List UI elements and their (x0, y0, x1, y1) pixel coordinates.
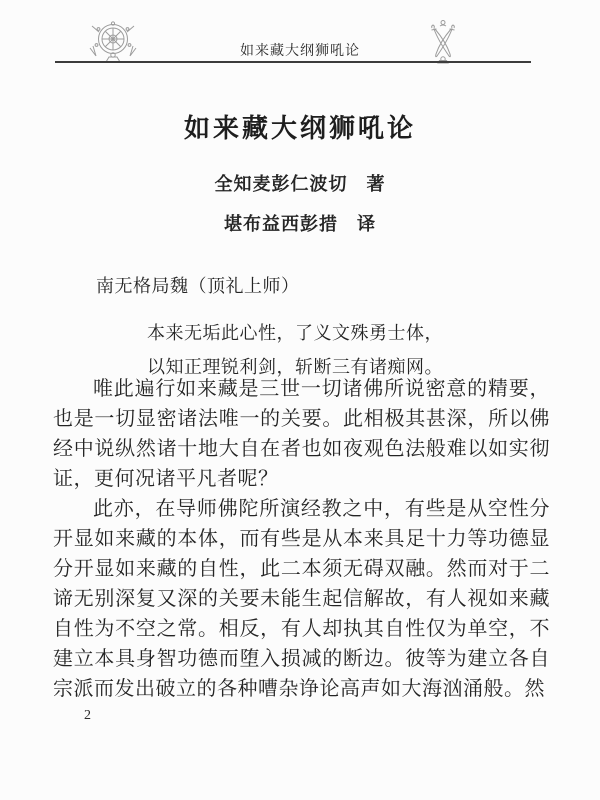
header-rule (55, 61, 531, 63)
page-title: 如来藏大纲狮吼论 (0, 108, 600, 145)
body-paragraph-1: 唯此遍行如来藏是三世一切诸佛所说密意的精要，也是一切显密诸法唯一的关要。此相极其… (53, 374, 550, 494)
body-text: 唯此遍行如来藏是三世一切诸佛所说密意的精要，也是一切显密诸法唯一的关要。此相极其… (53, 374, 550, 704)
body-paragraph-2: 此亦，在导师佛陀所演经教之中，有些是从空性分开显如来藏的本体，而有些是从本来具足… (53, 494, 550, 704)
homage-line: 南无格局魏（顶礼上师） (96, 272, 300, 298)
document-page: 如来藏大纲狮吼论 如来藏大纲狮吼论 全知麦彭仁波切 著 堪布益西彭措 译 南无格… (0, 0, 600, 800)
page-number: 2 (84, 708, 91, 724)
author-line: 全知麦彭仁波切 著 (0, 170, 600, 196)
crossed-swords-icon (422, 18, 464, 64)
translator-line: 堪布益西彭措 译 (0, 210, 600, 236)
verse-line-1: 本来无垢此心性，了义文殊勇士体， (147, 316, 443, 350)
running-header-title: 如来藏大纲狮吼论 (0, 40, 600, 60)
